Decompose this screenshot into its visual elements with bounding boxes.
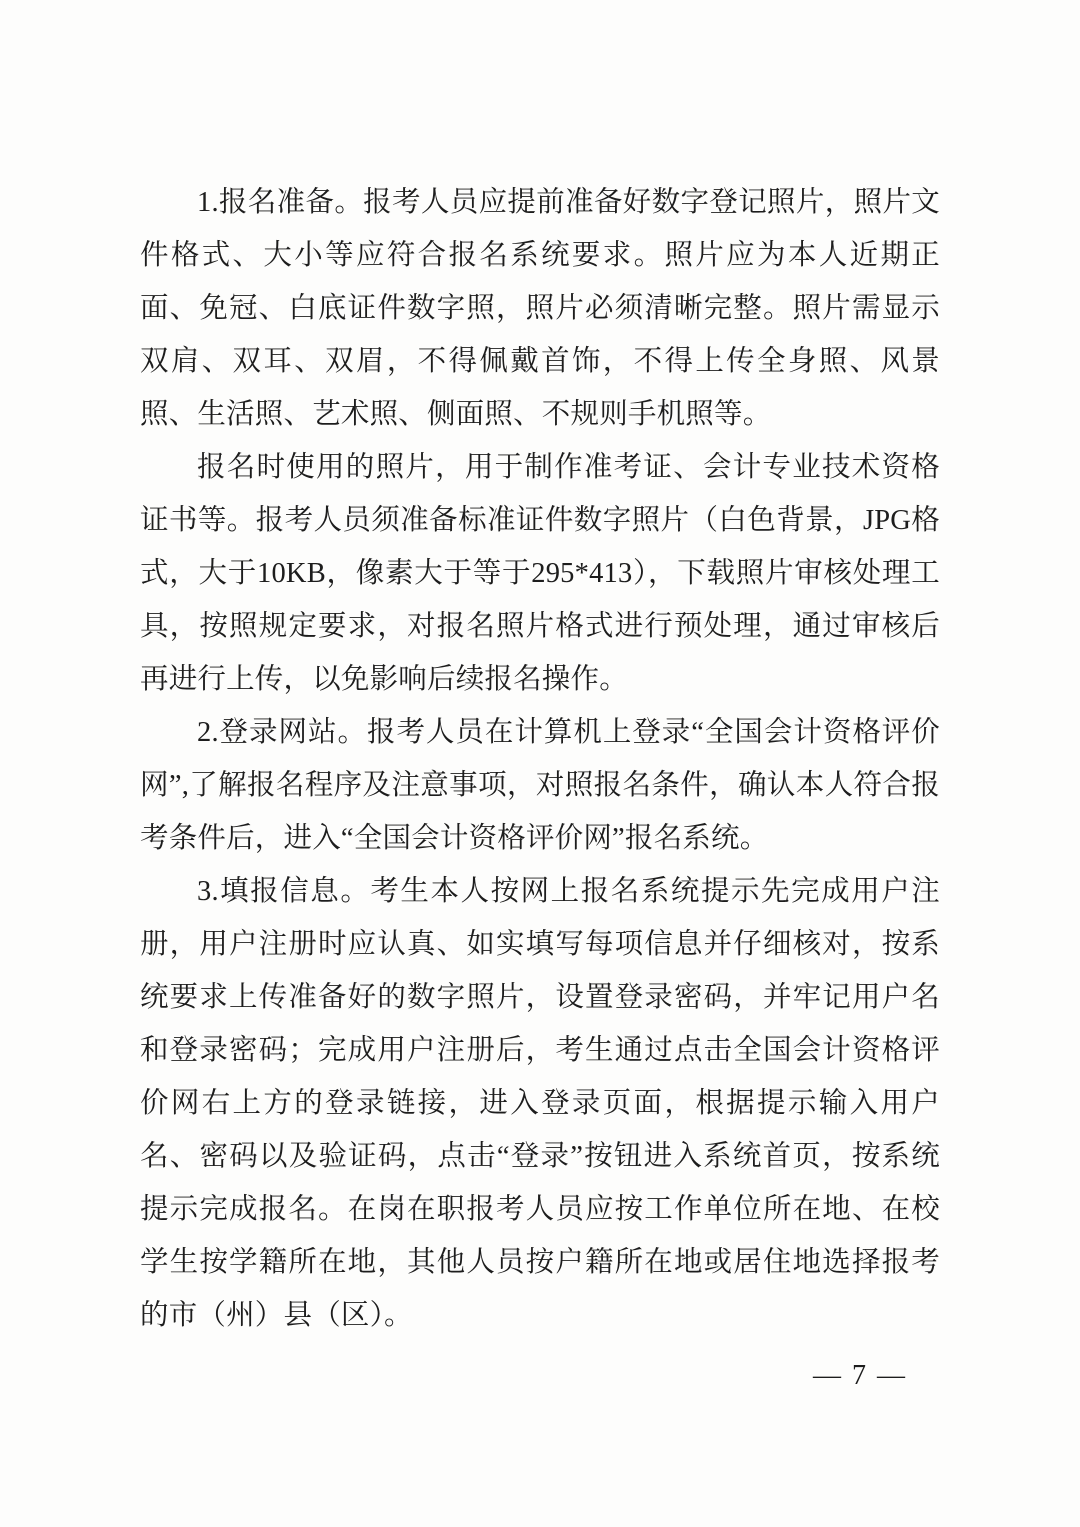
paragraph-login-website: 2.登录网站。报考人员在计算机上登录“全国会计资格评价网”,了解报名程序及注意事… (140, 706, 940, 865)
paragraph-fill-information: 3.填报信息。考生本人按网上报名系统提示先完成用户注册，用户注册时应认真、如实填… (140, 865, 940, 1342)
paragraph-photo-requirements: 报名时使用的照片，用于制作准考证、会计专业技术资格证书等。报考人员须准备标准证件… (140, 441, 940, 706)
document-body: 1.报名准备。报考人员应提前准备好数字登记照片，照片文件格式、大小等应符合报名系… (140, 176, 940, 1342)
paragraph-registration-preparation: 1.报名准备。报考人员应提前准备好数字登记照片，照片文件格式、大小等应符合报名系… (140, 176, 940, 441)
document-page: 1.报名准备。报考人员应提前准备好数字登记照片，照片文件格式、大小等应符合报名系… (0, 0, 1080, 1527)
page-number: — 7 — (813, 1358, 907, 1394)
